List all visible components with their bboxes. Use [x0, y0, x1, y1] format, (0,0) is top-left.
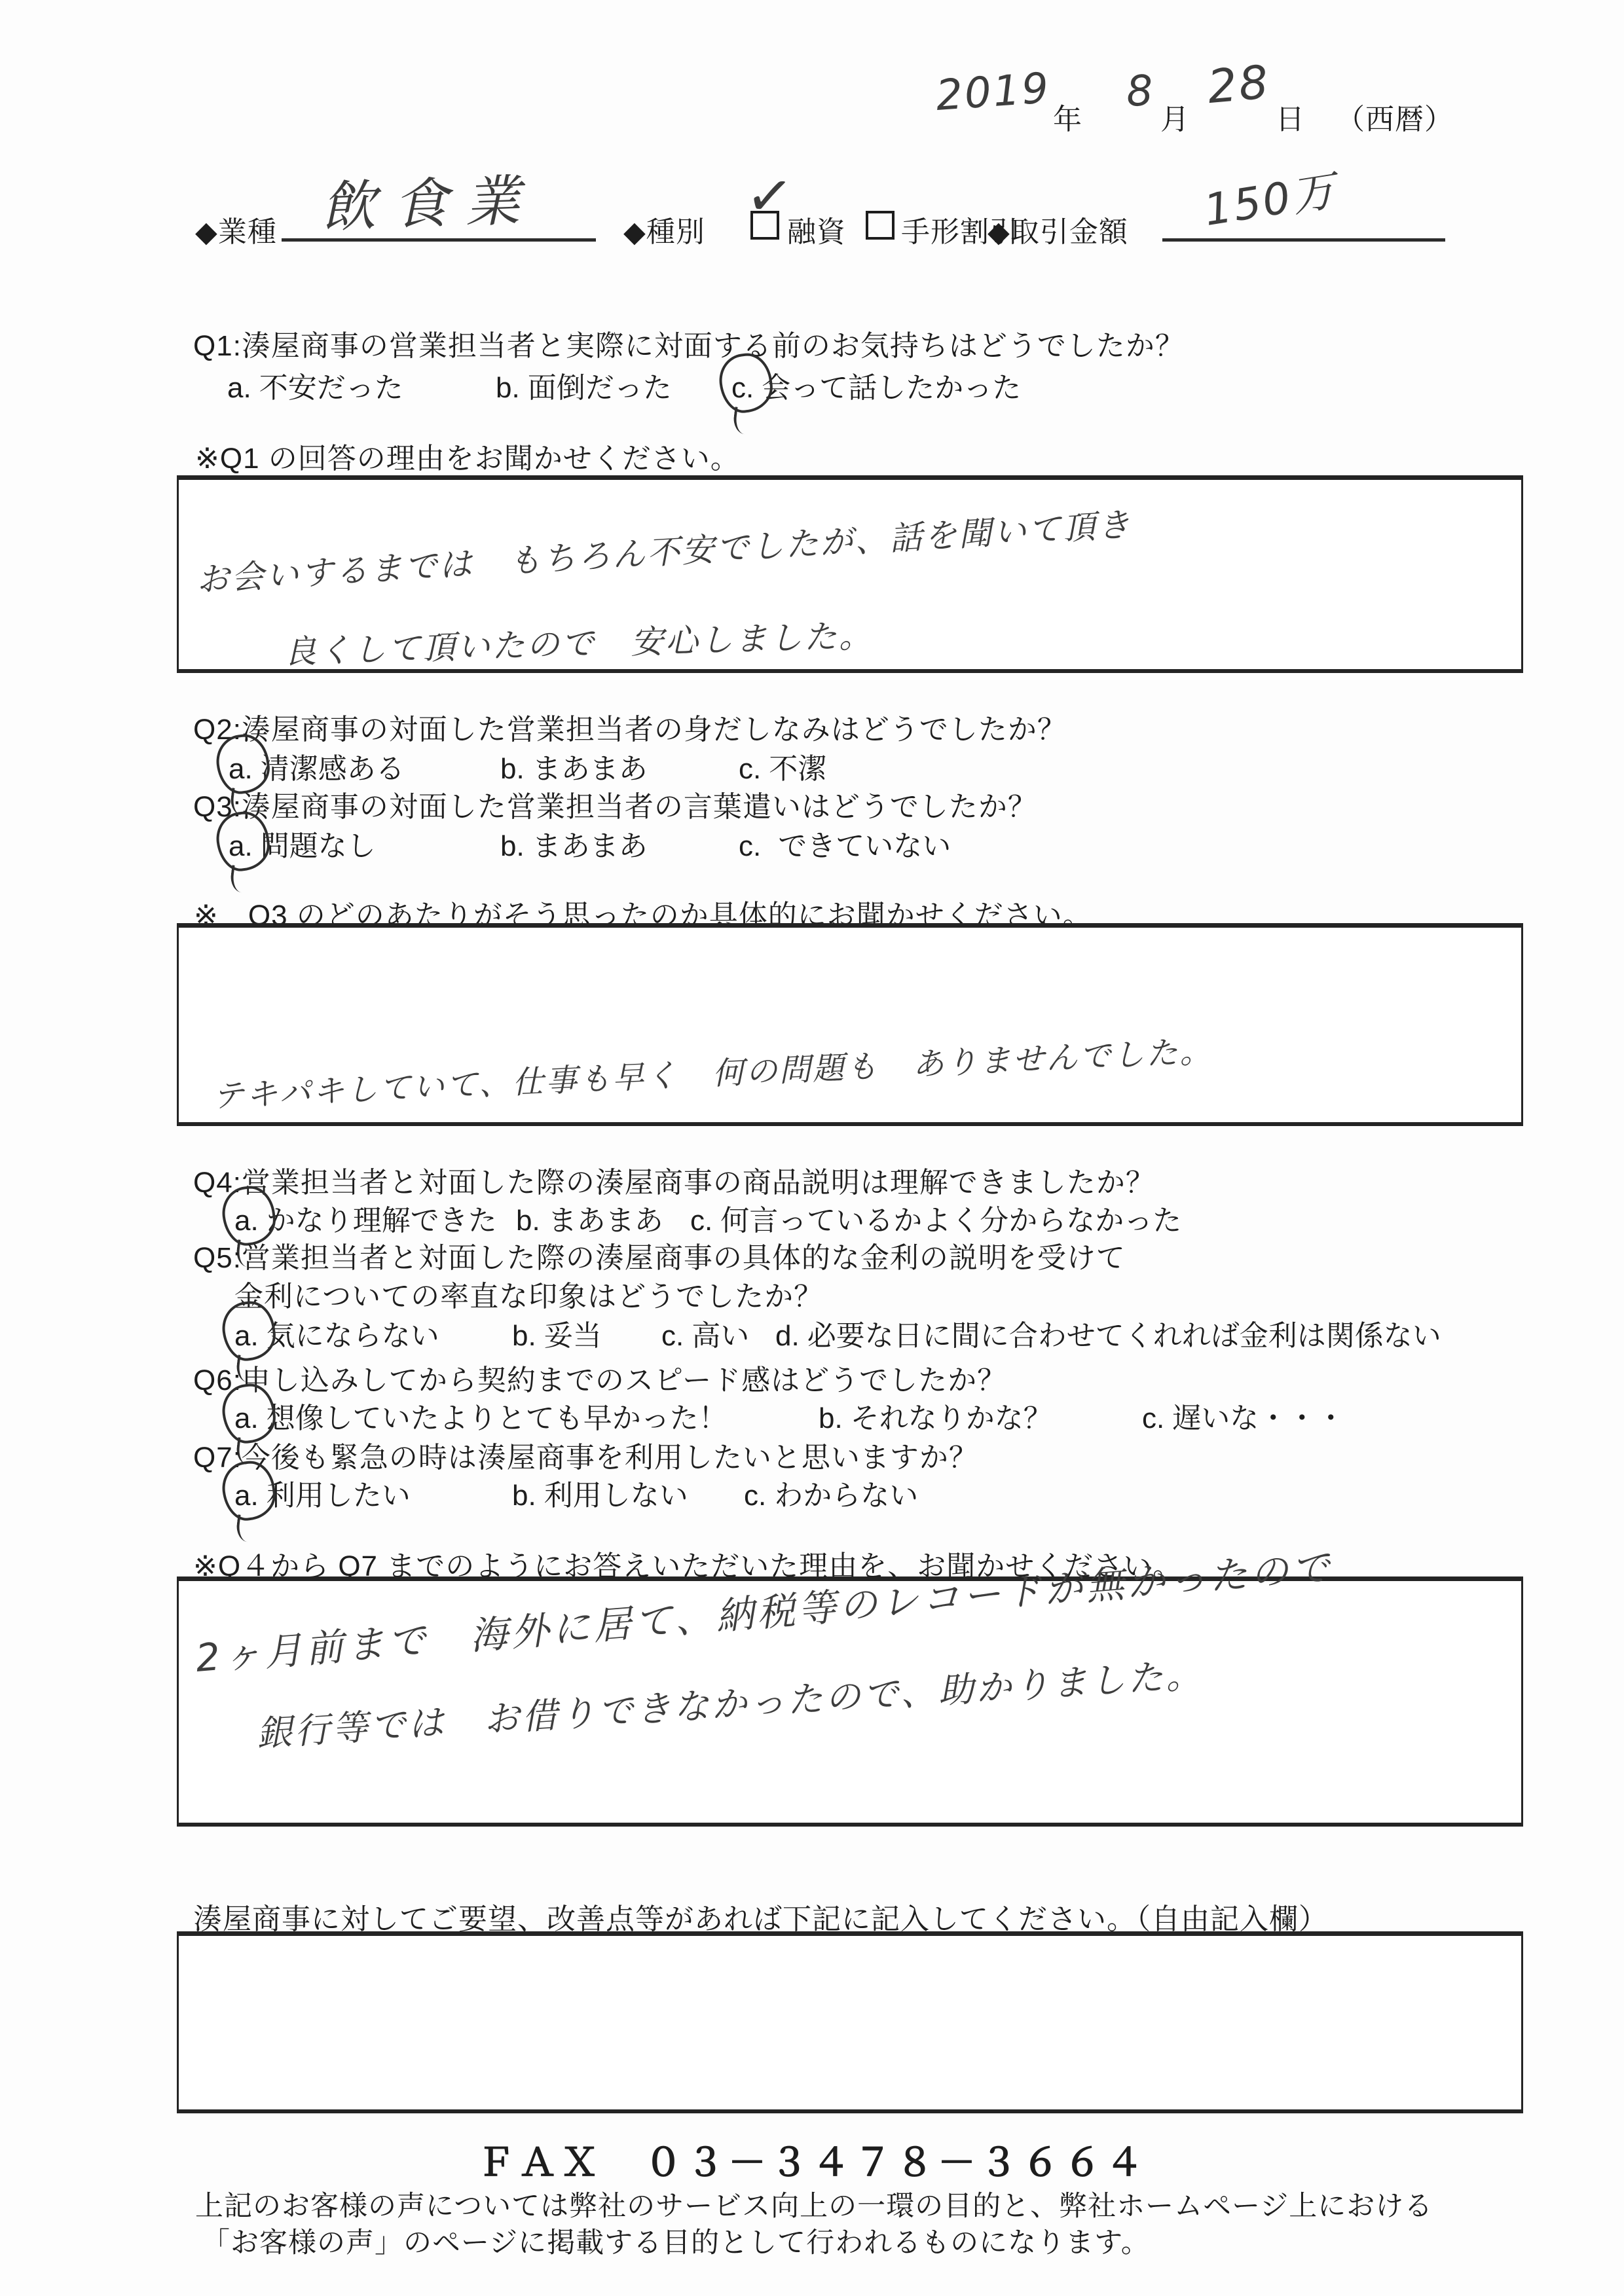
q5-question-text-line1: Q5:営業担当者と対面した際の湊屋商事の具体的な金利の説明を受けて — [193, 1234, 1126, 1276]
q6-option-b: b.それなりかな？ — [819, 1394, 1052, 1436]
q6-option-c-key: c. — [1142, 1402, 1164, 1435]
bill-discount-checkbox — [866, 211, 895, 240]
q6-question-text: Q6:申し込みしてから契約までのスピード感はどうでしたか？ — [193, 1357, 1006, 1398]
q3-question-text: Q3:湊屋商事の対面した営業担当者の言葉遣いはどうでしたか？ — [193, 783, 1037, 825]
q4-question-text: Q4:営業担当者と対面した際の湊屋商事の商品説明は理解できましたか？ — [193, 1159, 1155, 1201]
amount-underline — [1162, 238, 1445, 242]
q5-option-b: b.妥当 — [512, 1312, 602, 1354]
q4-option-a-key: a. — [234, 1205, 259, 1237]
q2-option-c-key: c. — [739, 753, 761, 786]
q3-option-c-key: c. — [739, 830, 761, 863]
q7-option-c-text: わからない — [774, 1480, 918, 1512]
q4-option-a-selected: a.かなり理解できた — [234, 1197, 497, 1239]
q5-option-c-text: 高い — [692, 1320, 749, 1352]
q6-option-a-selected: a.想像していたよりとても早かった！ — [234, 1394, 728, 1436]
q2-option-a-key: a. — [229, 753, 253, 786]
q4-option-c: c.何言っているかよく分からなかった — [690, 1197, 1181, 1239]
q1-option-a-text: 不安だった — [259, 372, 403, 404]
q3-option-c-text: できていない — [778, 830, 951, 862]
q2-option-a-selected: a.清潔感ある — [229, 745, 405, 787]
amount-value-handwritten: 150万 — [1199, 155, 1340, 238]
q1-option-c-selected: c.会って話したかった — [731, 364, 1021, 406]
date-day-suffix: 日 — [1276, 96, 1305, 137]
q7-option-b-text: 利用しない — [544, 1480, 688, 1512]
industry-value-handwritten: 飲食業 — [320, 156, 538, 243]
q1-option-b: b.面倒だった — [496, 364, 672, 406]
q4-option-b-key: b. — [516, 1205, 540, 1237]
q7-option-b: b.利用しない — [512, 1472, 688, 1514]
q1-option-a-key: a. — [227, 372, 251, 405]
q2-option-c: c.不潔 — [739, 745, 826, 787]
q2-option-b-text: まあまあ — [532, 753, 648, 785]
q1-option-c-key: c. — [731, 372, 754, 405]
q6-option-a-key: a. — [234, 1402, 259, 1435]
q1-reason-label: ※Q1 の回答の理由をお聞かせください。 — [195, 435, 740, 477]
footer-notice-line1: 上記のお客様の声については弊社のサービス向上の一環の目的と、弊社ホームページ上に… — [195, 2184, 1433, 2224]
q6-option-b-text: それなりかな？ — [851, 1402, 1052, 1434]
q1-option-b-key: b. — [496, 372, 520, 405]
q6-option-b-key: b. — [819, 1402, 843, 1435]
category-label: ◆種別 — [623, 208, 705, 250]
q7-option-a-key: a. — [234, 1480, 259, 1512]
date-era-note: （西暦） — [1336, 96, 1454, 137]
q3-option-a-text: 問題なし — [261, 830, 376, 862]
q4-option-b: b.まあまあ — [516, 1197, 663, 1239]
q3-option-c: c.できていない — [739, 822, 951, 864]
q5-option-a-key: a. — [234, 1320, 259, 1353]
q7-option-c: c.わからない — [744, 1472, 918, 1514]
q7-question-text: Q7:今後も緊急の時は湊屋商事を利用したいと思いますか？ — [193, 1434, 978, 1476]
q5-option-b-text: 妥当 — [544, 1320, 602, 1352]
fax-number: ＦＡＸ ０３－３４７８－３６６４ — [0, 2132, 1624, 2187]
q5-option-c-key: c. — [661, 1320, 684, 1353]
q5-option-a-text: 気にならない — [267, 1320, 439, 1352]
q6-option-c: c.遅いな・・・ — [1142, 1394, 1345, 1436]
q1-question-text: Q1:湊屋商事の営業担当者と実際に対面する前のお気持ちはどうでしたか？ — [193, 322, 1185, 364]
q7-option-b-key: b. — [512, 1480, 536, 1512]
q2-question-text: Q2:湊屋商事の対面した営業担当者の身だしなみはどうでしたか？ — [193, 706, 1067, 748]
q1-option-a: a.不安だった — [227, 364, 403, 406]
industry-underline — [282, 238, 596, 242]
q4-option-c-text: 何言っているかよく分からなかった — [720, 1205, 1181, 1237]
q4-option-a-text: かなり理解できた — [267, 1205, 497, 1237]
q2-option-a-text: 清潔感ある — [261, 753, 405, 785]
date-month-handwritten: 8 — [1125, 67, 1156, 117]
date-day-handwritten: 28 — [1206, 55, 1272, 114]
q5-option-d-key: d. — [775, 1320, 800, 1353]
q6-option-a-text: 想像していたよりとても早かった！ — [267, 1402, 728, 1434]
q5-option-c: c.高い — [661, 1312, 749, 1354]
industry-label: ◆業種 — [195, 208, 277, 250]
q3-option-a-key: a. — [229, 830, 253, 863]
q4-option-c-key: c. — [690, 1205, 712, 1237]
q7-option-c-key: c. — [744, 1480, 766, 1512]
q6-option-c-text: 遅いな・・・ — [1172, 1402, 1345, 1434]
q1-option-c-text: 会って話したかった — [762, 372, 1021, 404]
q7-option-a-selected: a.利用したい — [234, 1472, 411, 1514]
q2-option-b: b.まあまあ — [500, 745, 648, 787]
date-month-suffix: 月 — [1160, 96, 1190, 137]
date-year-suffix: 年 — [1053, 96, 1082, 137]
q5-question-text-line2: 金利についての率直な印象はどうでしたか？ — [234, 1273, 823, 1315]
category-option-loan-label: 融資 — [787, 208, 846, 250]
q4-option-b-text: まあまあ — [548, 1205, 663, 1237]
q5-option-a-selected: a.気にならない — [234, 1312, 439, 1354]
q1-option-b-text: 面倒だった — [528, 372, 672, 404]
date-year-handwritten: 2019 — [934, 64, 1052, 120]
q3-option-b: b.まあまあ — [500, 822, 648, 864]
q3-option-b-text: まあまあ — [532, 830, 648, 862]
free-comment-box — [177, 1931, 1523, 2113]
q3-option-b-key: b. — [500, 830, 525, 863]
q3-option-a-selected: a.問題なし — [229, 822, 376, 864]
q2-option-c-text: 不潔 — [769, 753, 826, 785]
q2-option-b-key: b. — [500, 753, 525, 786]
footer-notice-line2: 「お客様の声」のページに掲載する目的として行われるものになります。 — [202, 2221, 1150, 2261]
q7-option-a-text: 利用したい — [267, 1480, 411, 1512]
q5-option-b-key: b. — [512, 1320, 536, 1353]
amount-label: ◆取引金額 — [987, 208, 1128, 250]
q5-option-d-text: 必要な日に間に合わせてくれれば金利は関係ない — [807, 1320, 1441, 1352]
survey-form-scan: 2019 年 8 月 28 日 （西暦） ◆業種 飲食業 ◆種別 ✓ 融資 手形… — [0, 0, 1624, 2296]
q5-option-d: d.必要な日に間に合わせてくれれば金利は関係ない — [775, 1312, 1441, 1354]
